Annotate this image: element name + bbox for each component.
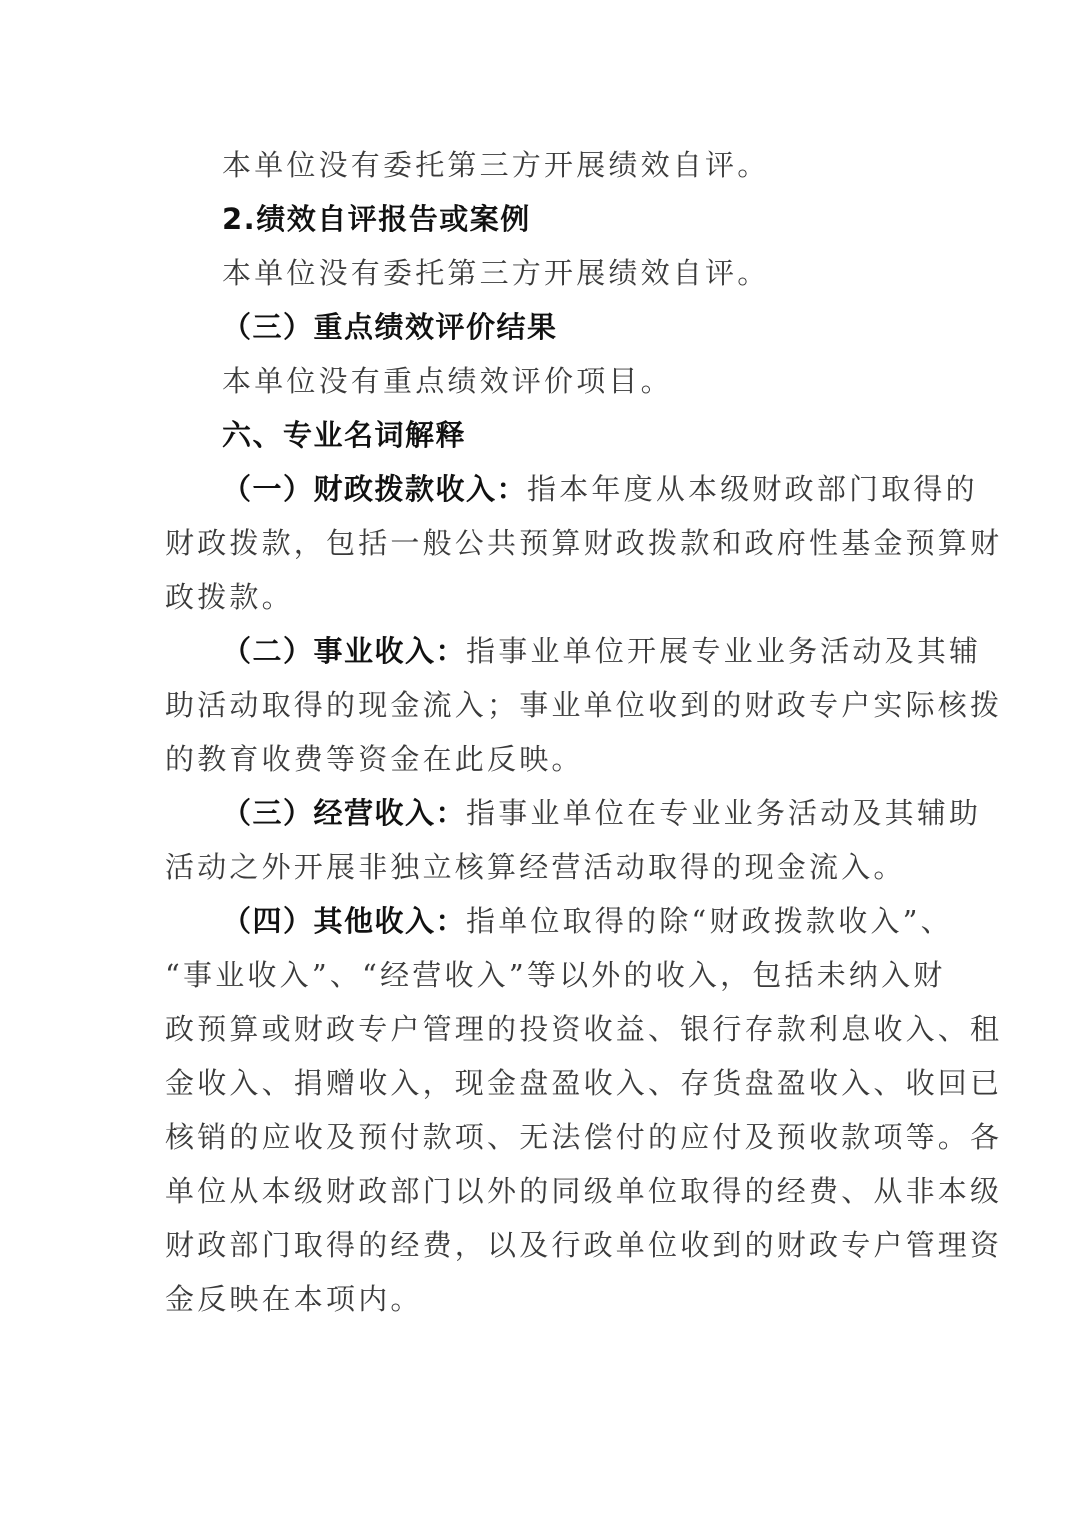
definition-text: 指事业单位开展专业业务活动及其辅 (466, 634, 981, 668)
definition-line: 助活动取得的现金流入；事业单位收到的财政专户实际核拨 (165, 678, 913, 732)
definition-first-line: （二）事业收入：指事业单位开展专业业务活动及其辅 (165, 624, 913, 678)
definition-line: 金反映在本项内。 (165, 1272, 913, 1326)
definition-line: 财政拨款，包括一般公共预算财政拨款和政府性基金预算财 (165, 516, 913, 570)
document-page: 本单位没有委托第三方开展绩效自评。 2.绩效自评报告或案例 本单位没有委托第三方… (165, 138, 913, 1326)
definition-term: （一）财政拨款收入： (222, 472, 527, 506)
definition-first-line: （一）财政拨款收入：指本年度从本级财政部门取得的 (165, 462, 913, 516)
definition-text: 指单位取得的除“财政拨款收入”、 (466, 904, 953, 938)
definition-line: 活动之外开展非独立核算经营活动取得的现金流入。 (165, 840, 913, 894)
definition-text: 指事业单位在专业业务活动及其辅助 (466, 796, 981, 830)
definition-line: 政拨款。 (165, 570, 913, 624)
definition-line: 的教育收费等资金在此反映。 (165, 732, 913, 786)
body-paragraph: 本单位没有委托第三方开展绩效自评。 (165, 138, 913, 192)
definition-line: “事业收入”、“经营收入”等以外的收入，包括未纳入财 (165, 948, 913, 1002)
definition-line: 金收入、捐赠收入，现金盘盈收入、存货盘盈收入、收回已 (165, 1056, 913, 1110)
section-heading: （三）重点绩效评价结果 (165, 300, 913, 354)
definition-term: （二）事业收入： (222, 634, 466, 668)
definition-line: 财政部门取得的经费，以及行政单位收到的财政专户管理资 (165, 1218, 913, 1272)
definition-text: 指本年度从本级财政部门取得的 (527, 472, 978, 506)
chapter-heading: 六、专业名词解释 (165, 408, 913, 462)
definition-term: （三）经营收入： (222, 796, 466, 830)
body-paragraph: 本单位没有委托第三方开展绩效自评。 (165, 246, 913, 300)
definition-term: （四）其他收入： (222, 904, 466, 938)
body-paragraph: 本单位没有重点绩效评价项目。 (165, 354, 913, 408)
definition-first-line: （四）其他收入：指单位取得的除“财政拨款收入”、 (165, 894, 913, 948)
definition-line: 单位从本级财政部门以外的同级单位取得的经费、从非本级 (165, 1164, 913, 1218)
definition-line: 核销的应收及预付款项、无法偿付的应付及预收款项等。各 (165, 1110, 913, 1164)
definition-line: 政预算或财政专户管理的投资收益、银行存款利息收入、租 (165, 1002, 913, 1056)
section-heading: 2.绩效自评报告或案例 (165, 192, 913, 246)
definition-first-line: （三）经营收入：指事业单位在专业业务活动及其辅助 (165, 786, 913, 840)
